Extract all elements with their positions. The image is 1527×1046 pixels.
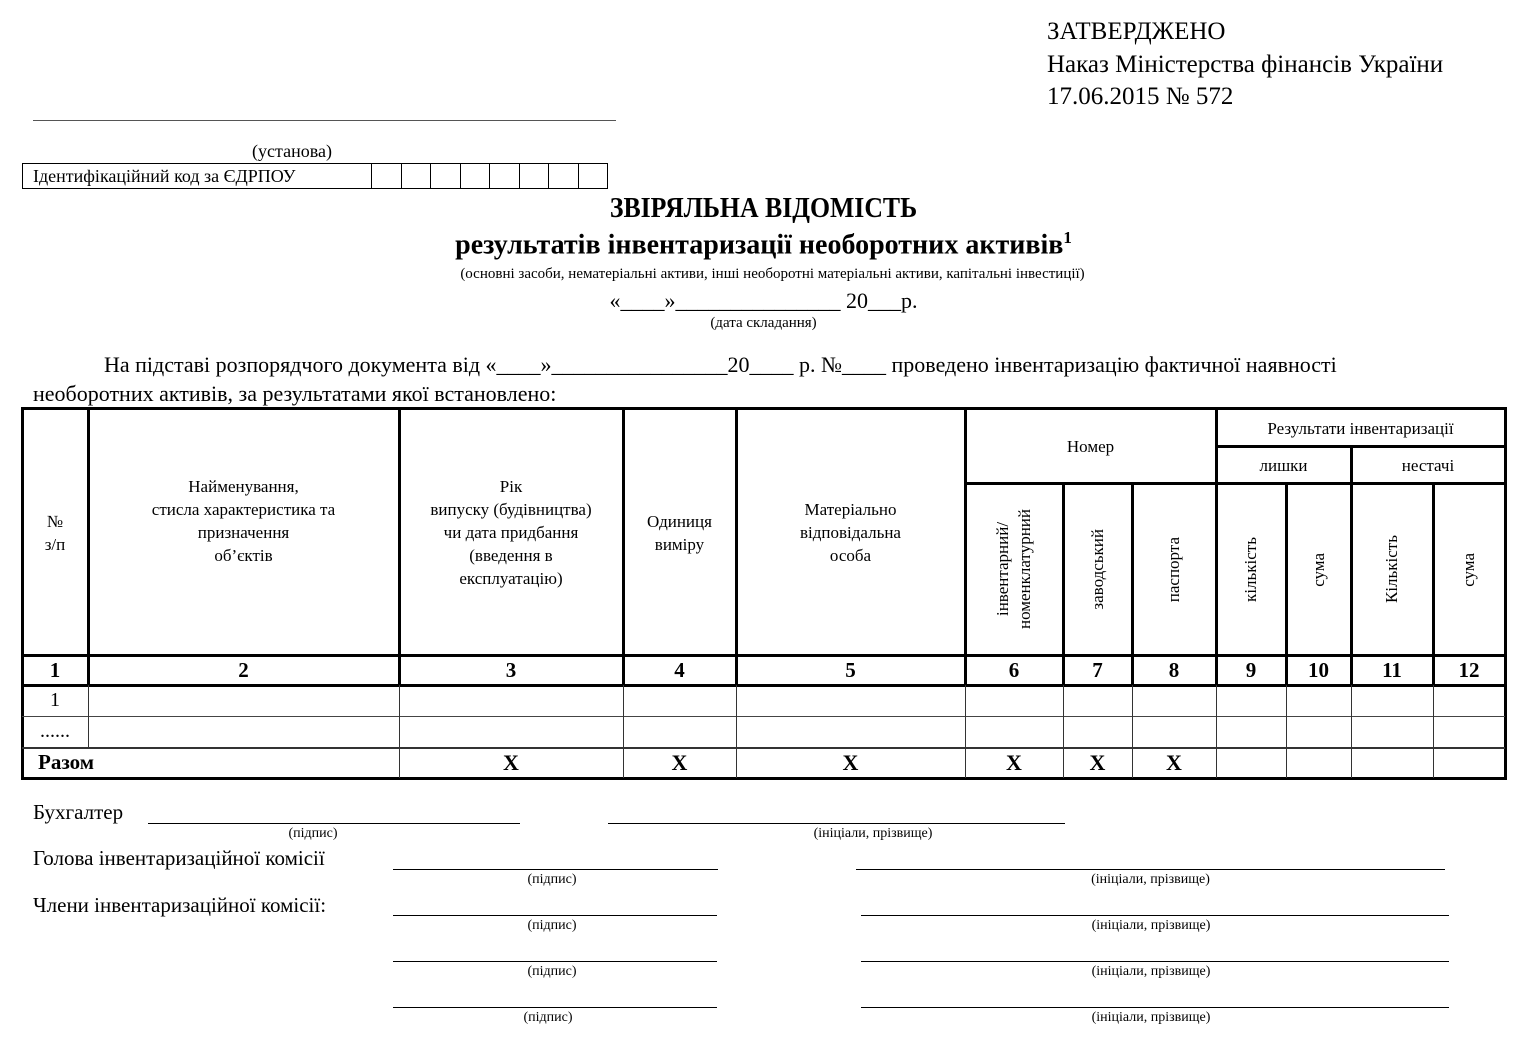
table-cell[interactable] (1132, 716, 1216, 747)
accountant-name-caption: (ініціали, прізвище) (608, 826, 1138, 842)
grid-line (964, 655, 967, 685)
grid-line (964, 408, 967, 655)
table-cell[interactable] (399, 716, 623, 747)
col-header-passport-wrap: паспорта (1132, 484, 1216, 655)
table-cell[interactable] (1063, 716, 1132, 747)
accountant-signature-caption: (підпис) (148, 826, 478, 842)
table-cell[interactable] (1351, 716, 1433, 747)
grid-line (622, 655, 625, 685)
table-cell[interactable] (399, 685, 623, 716)
accountant-name-field[interactable] (608, 803, 1065, 824)
column-number: 4 (623, 655, 736, 685)
member2-name-caption: (ініціали, прізвище) (861, 964, 1441, 980)
members-label: Члени інвентаризаційної комісії: (33, 893, 326, 918)
member1-signature-field[interactable] (393, 895, 717, 916)
grid-line (735, 408, 738, 655)
col-header-passport: паспорта (1163, 537, 1185, 602)
col-header-unit: Одиниця виміру (623, 410, 736, 655)
total-cell[interactable] (1216, 747, 1286, 778)
document-subtitle-text: результатів інвентаризації необоротних а… (455, 229, 1063, 260)
column-number: 12 (1433, 655, 1505, 685)
chairman-name-field[interactable] (856, 849, 1445, 870)
col-group-surplus: лишки (1216, 447, 1351, 483)
grid-line (87, 655, 90, 685)
table-cell[interactable] (965, 716, 1063, 747)
total-cell-x: X (736, 747, 965, 778)
total-cell-x: X (965, 747, 1063, 778)
table-cell[interactable] (1433, 716, 1505, 747)
col-header-responsible-person: Матеріально відповідальна особа (736, 410, 965, 655)
table-cell[interactable] (1132, 685, 1216, 716)
grid-line (1285, 655, 1288, 685)
chairman-signature-field[interactable] (393, 849, 718, 870)
institution-caption: (установа) (22, 141, 562, 162)
column-number: 5 (736, 655, 965, 685)
table-cell[interactable] (965, 685, 1063, 716)
grid-line (1216, 445, 1505, 448)
basis-text-line1: На підставі розпорядчого документа від «… (104, 352, 1337, 378)
total-label: Разом (38, 747, 238, 778)
col-header-year: Рік випуску (будівництва) чи дата придба… (399, 410, 623, 655)
col-header-shortage-qty: Кількість (1381, 535, 1403, 603)
col-header-factory-wrap: заводський (1063, 484, 1132, 655)
grid-line (1131, 483, 1134, 655)
grid-line (1350, 655, 1353, 685)
grid-line (87, 408, 90, 655)
chairman-label: Голова інвентаризаційної комісії (33, 846, 325, 871)
member3-signature-caption: (підпис) (393, 1010, 703, 1026)
member3-signature-field[interactable] (393, 987, 717, 1008)
row-number: 1 (22, 685, 88, 716)
member3-name-field[interactable] (861, 987, 1449, 1008)
member1-signature-caption: (підпис) (393, 918, 711, 934)
table-cell[interactable] (623, 685, 736, 716)
table-cell[interactable] (736, 685, 965, 716)
column-number: 8 (1132, 655, 1216, 685)
asset-types-note: (основні засоби, нематеріальні активи, і… (0, 266, 1527, 283)
total-cell-x: X (1063, 747, 1132, 778)
grid-line (1131, 655, 1134, 685)
grid-line (21, 407, 24, 780)
total-cell-x: X (399, 747, 623, 778)
column-number: 9 (1216, 655, 1286, 685)
grid-line (1215, 408, 1218, 655)
table-cell[interactable] (88, 716, 399, 747)
member1-name-field[interactable] (861, 895, 1449, 916)
table-cell[interactable] (1286, 716, 1351, 747)
col-header-shortage-sum-wrap: сума (1433, 484, 1505, 655)
col-group-results: Результати інвентаризації (1216, 410, 1505, 446)
table-cell[interactable] (1216, 685, 1286, 716)
table-cell[interactable] (623, 716, 736, 747)
grid-line (1432, 655, 1435, 685)
edrpou-digit-box[interactable] (431, 164, 461, 188)
edrpou-digit-box[interactable] (579, 164, 608, 188)
total-cell[interactable] (1351, 747, 1433, 778)
col-group-shortage: нестачі (1351, 447, 1505, 483)
column-number: 1 (22, 655, 88, 685)
chairman-name-caption: (ініціали, прізвище) (856, 872, 1445, 888)
col-header-shortage-qty-wrap: Кількість (1351, 484, 1433, 655)
member2-signature-field[interactable] (393, 941, 717, 962)
chairman-signature-caption: (підпис) (393, 872, 711, 888)
grid-line (1285, 483, 1288, 655)
accountant-label: Бухгалтер (33, 800, 123, 825)
row-number: ...... (22, 716, 88, 747)
total-cell[interactable] (1286, 747, 1351, 778)
col-header-name: Найменування, стисла характеристика та п… (88, 410, 399, 632)
compilation-date-field[interactable]: «____»_______________ 20___р. (0, 288, 1527, 314)
grid-line (622, 408, 625, 655)
table-cell[interactable] (88, 685, 399, 716)
grid-line (398, 408, 401, 655)
grid-line (735, 655, 738, 685)
compilation-date-caption: (дата складання) (0, 315, 1527, 332)
table-cell[interactable] (1216, 716, 1286, 747)
col-header-number: № з/п (22, 410, 88, 655)
approval-order: Наказ Міністерства фінансів України (1047, 49, 1443, 82)
approval-block: ЗАТВЕРДЖЕНО Наказ Міністерства фінансів … (1047, 16, 1443, 114)
approval-date-number: 17.06.2015 № 572 (1047, 81, 1443, 114)
col-header-factory: заводський (1087, 529, 1109, 610)
basis-text-line2: необоротних активів, за результатами яко… (33, 381, 556, 407)
edrpou-label: Ідентифікаційний код за ЄДРПОУ (23, 164, 372, 188)
member2-name-field[interactable] (861, 941, 1449, 962)
grid-line (1432, 483, 1435, 655)
edrpou-digit-box[interactable] (372, 164, 402, 188)
column-number: 11 (1351, 655, 1433, 685)
edrpou-digit-box[interactable] (549, 164, 579, 188)
col-header-inventory-wrap: інвентарний/ номенклатурний (965, 484, 1063, 655)
grid-line (1215, 655, 1218, 685)
edrpou-digit-box[interactable] (402, 164, 432, 188)
col-header-surplus-sum-wrap: сума (1286, 484, 1351, 655)
document-subtitle: результатів інвентаризації необоротних а… (0, 228, 1527, 261)
table-cell[interactable] (1286, 685, 1351, 716)
col-header-inventory: інвентарний/ номенклатурний (992, 509, 1036, 629)
total-cell-x: X (1132, 747, 1216, 778)
member1-name-caption: (ініціали, прізвище) (861, 918, 1441, 934)
institution-field[interactable] (33, 120, 616, 121)
col-header-shortage-sum: сума (1458, 553, 1480, 587)
col-header-surplus-qty: кількість (1240, 537, 1262, 602)
accountant-signature-field[interactable] (148, 803, 520, 824)
table-cell[interactable] (1063, 685, 1132, 716)
grid-line (1062, 483, 1065, 655)
edrpou-digit-box[interactable] (461, 164, 491, 188)
member3-name-caption: (ініціали, прізвище) (861, 1010, 1441, 1026)
table-cell[interactable] (736, 716, 965, 747)
column-number: 2 (88, 655, 399, 685)
grid-line (965, 482, 1505, 485)
col-group-number: Номер (965, 410, 1216, 482)
member2-signature-caption: (підпис) (393, 964, 711, 980)
document-title: ЗВІРЯЛЬНА ВІДОМІСТЬ (61, 193, 1466, 225)
grid-line (21, 407, 1507, 410)
edrpou-digit-box[interactable] (490, 164, 520, 188)
footnote-mark: 1 (1063, 228, 1072, 247)
grid-line (1350, 446, 1353, 655)
table-cell[interactable] (1351, 685, 1433, 716)
total-cell[interactable] (1433, 747, 1505, 778)
column-number: 3 (399, 655, 623, 685)
column-number: 6 (965, 655, 1063, 685)
col-header-surplus-qty-wrap: кількість (1216, 484, 1286, 655)
edrpou-digit-box[interactable] (520, 164, 550, 188)
table-cell[interactable] (1433, 685, 1505, 716)
grid-line (22, 654, 1505, 657)
grid-line (1062, 655, 1065, 685)
total-cell-x: X (623, 747, 736, 778)
column-number: 10 (1286, 655, 1351, 685)
edrpou-code-field: Ідентифікаційний код за ЄДРПОУ (22, 163, 608, 189)
grid-line (398, 655, 401, 685)
column-number: 7 (1063, 655, 1132, 685)
col-header-surplus-sum: сума (1308, 553, 1330, 587)
approval-status: ЗАТВЕРДЖЕНО (1047, 16, 1443, 49)
